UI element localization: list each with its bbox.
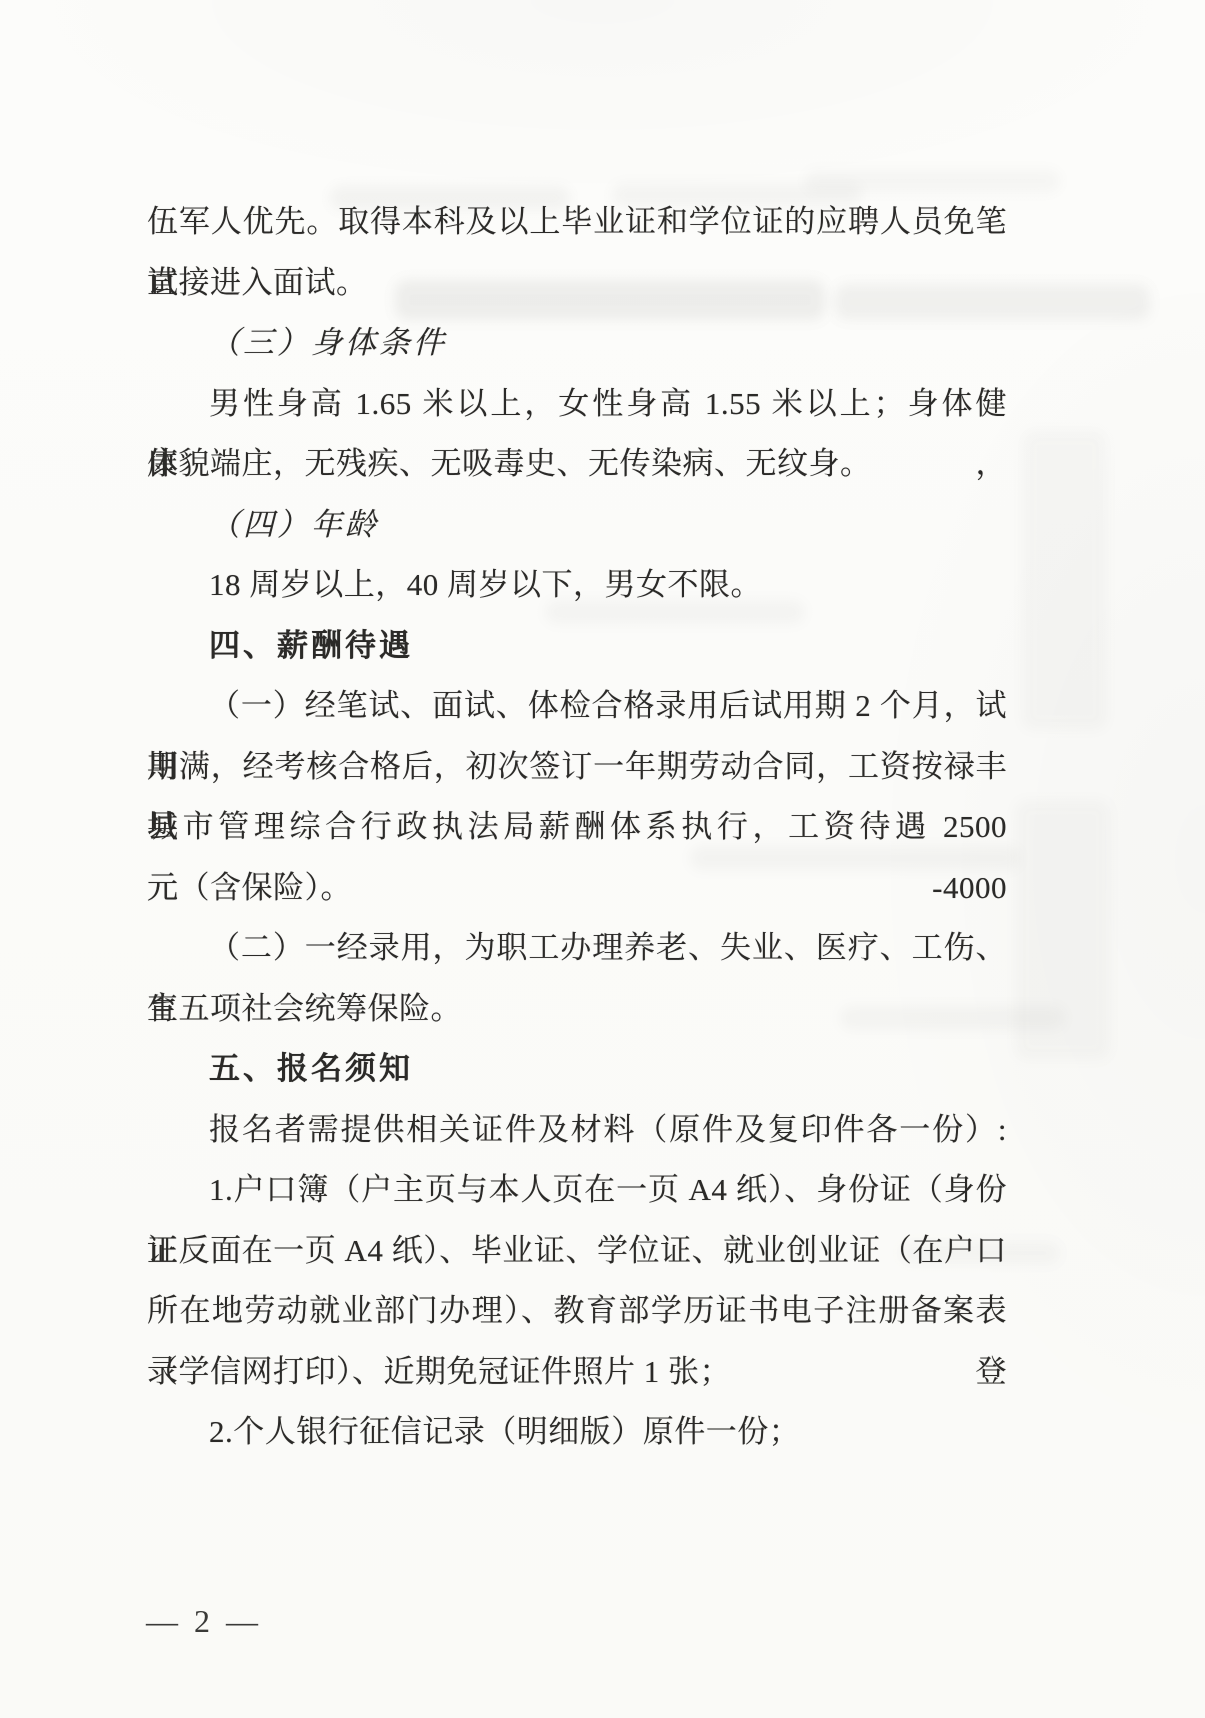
text-line: 1.户口簿（户主页与本人页在一页 A4 纸）、身份证（身份证 [147, 1160, 1007, 1221]
text-line: （一）经笔试、面试、体检合格录用后试用期 2 个月，试用 [147, 676, 1007, 737]
subheading-age: （四）年龄 [147, 495, 1007, 556]
text-line: 正反面在一页 A4 纸）、毕业证、学位证、就业创业证（在户口 [147, 1221, 1007, 1282]
text-line: 育五项社会统筹保险。 [147, 979, 1007, 1040]
text-line: 期满，经考核合格后，初次签订一年期劳动合同，工资按禄丰县 [147, 737, 1007, 798]
bleedthrough-artifact [805, 170, 1060, 192]
bleedthrough-artifact [1022, 430, 1107, 730]
page-number: — 2 — [146, 1603, 262, 1640]
text-line: 直接进入面试。 [147, 253, 1007, 314]
text-line: 18 周岁以上，40 周岁以下，男女不限。 [147, 555, 1007, 616]
text-block: 伍军人优先。取得本科及以上毕业证和学位证的应聘人员免笔试 直接进入面试。 （三）… [147, 192, 1007, 1463]
subheading-body-conditions: （三）身体条件 [147, 313, 1007, 374]
bleedthrough-artifact [1015, 800, 1110, 1060]
text-line: 男性身高 1.65 米以上，女性身高 1.55 米以上；身体健康， [147, 374, 1007, 435]
section-heading-salary: 四、薪酬待遇 [147, 616, 1007, 677]
text-line: 2.个人银行征信记录（明细版）原件一份； [147, 1402, 1007, 1463]
scanned-document-page: 伍军人优先。取得本科及以上毕业证和学位证的应聘人员免笔试 直接进入面试。 （三）… [0, 0, 1205, 1718]
text-line: 报名者需提供相关证件及材料（原件及复印件各一份）: [147, 1100, 1007, 1161]
text-line: 城市管理综合行政执法局薪酬体系执行，工资待遇 2500 元-4000 [147, 797, 1007, 858]
text-line: （二）一经录用，为职工办理养老、失业、医疗、工伤、生 [147, 918, 1007, 979]
section-heading-registration: 五、报名须知 [147, 1039, 1007, 1100]
text-line: 所在地劳动就业部门办理）、教育部学历证书电子注册备案表（登 [147, 1281, 1007, 1342]
text-line: 伍军人优先。取得本科及以上毕业证和学位证的应聘人员免笔试 [147, 192, 1007, 253]
